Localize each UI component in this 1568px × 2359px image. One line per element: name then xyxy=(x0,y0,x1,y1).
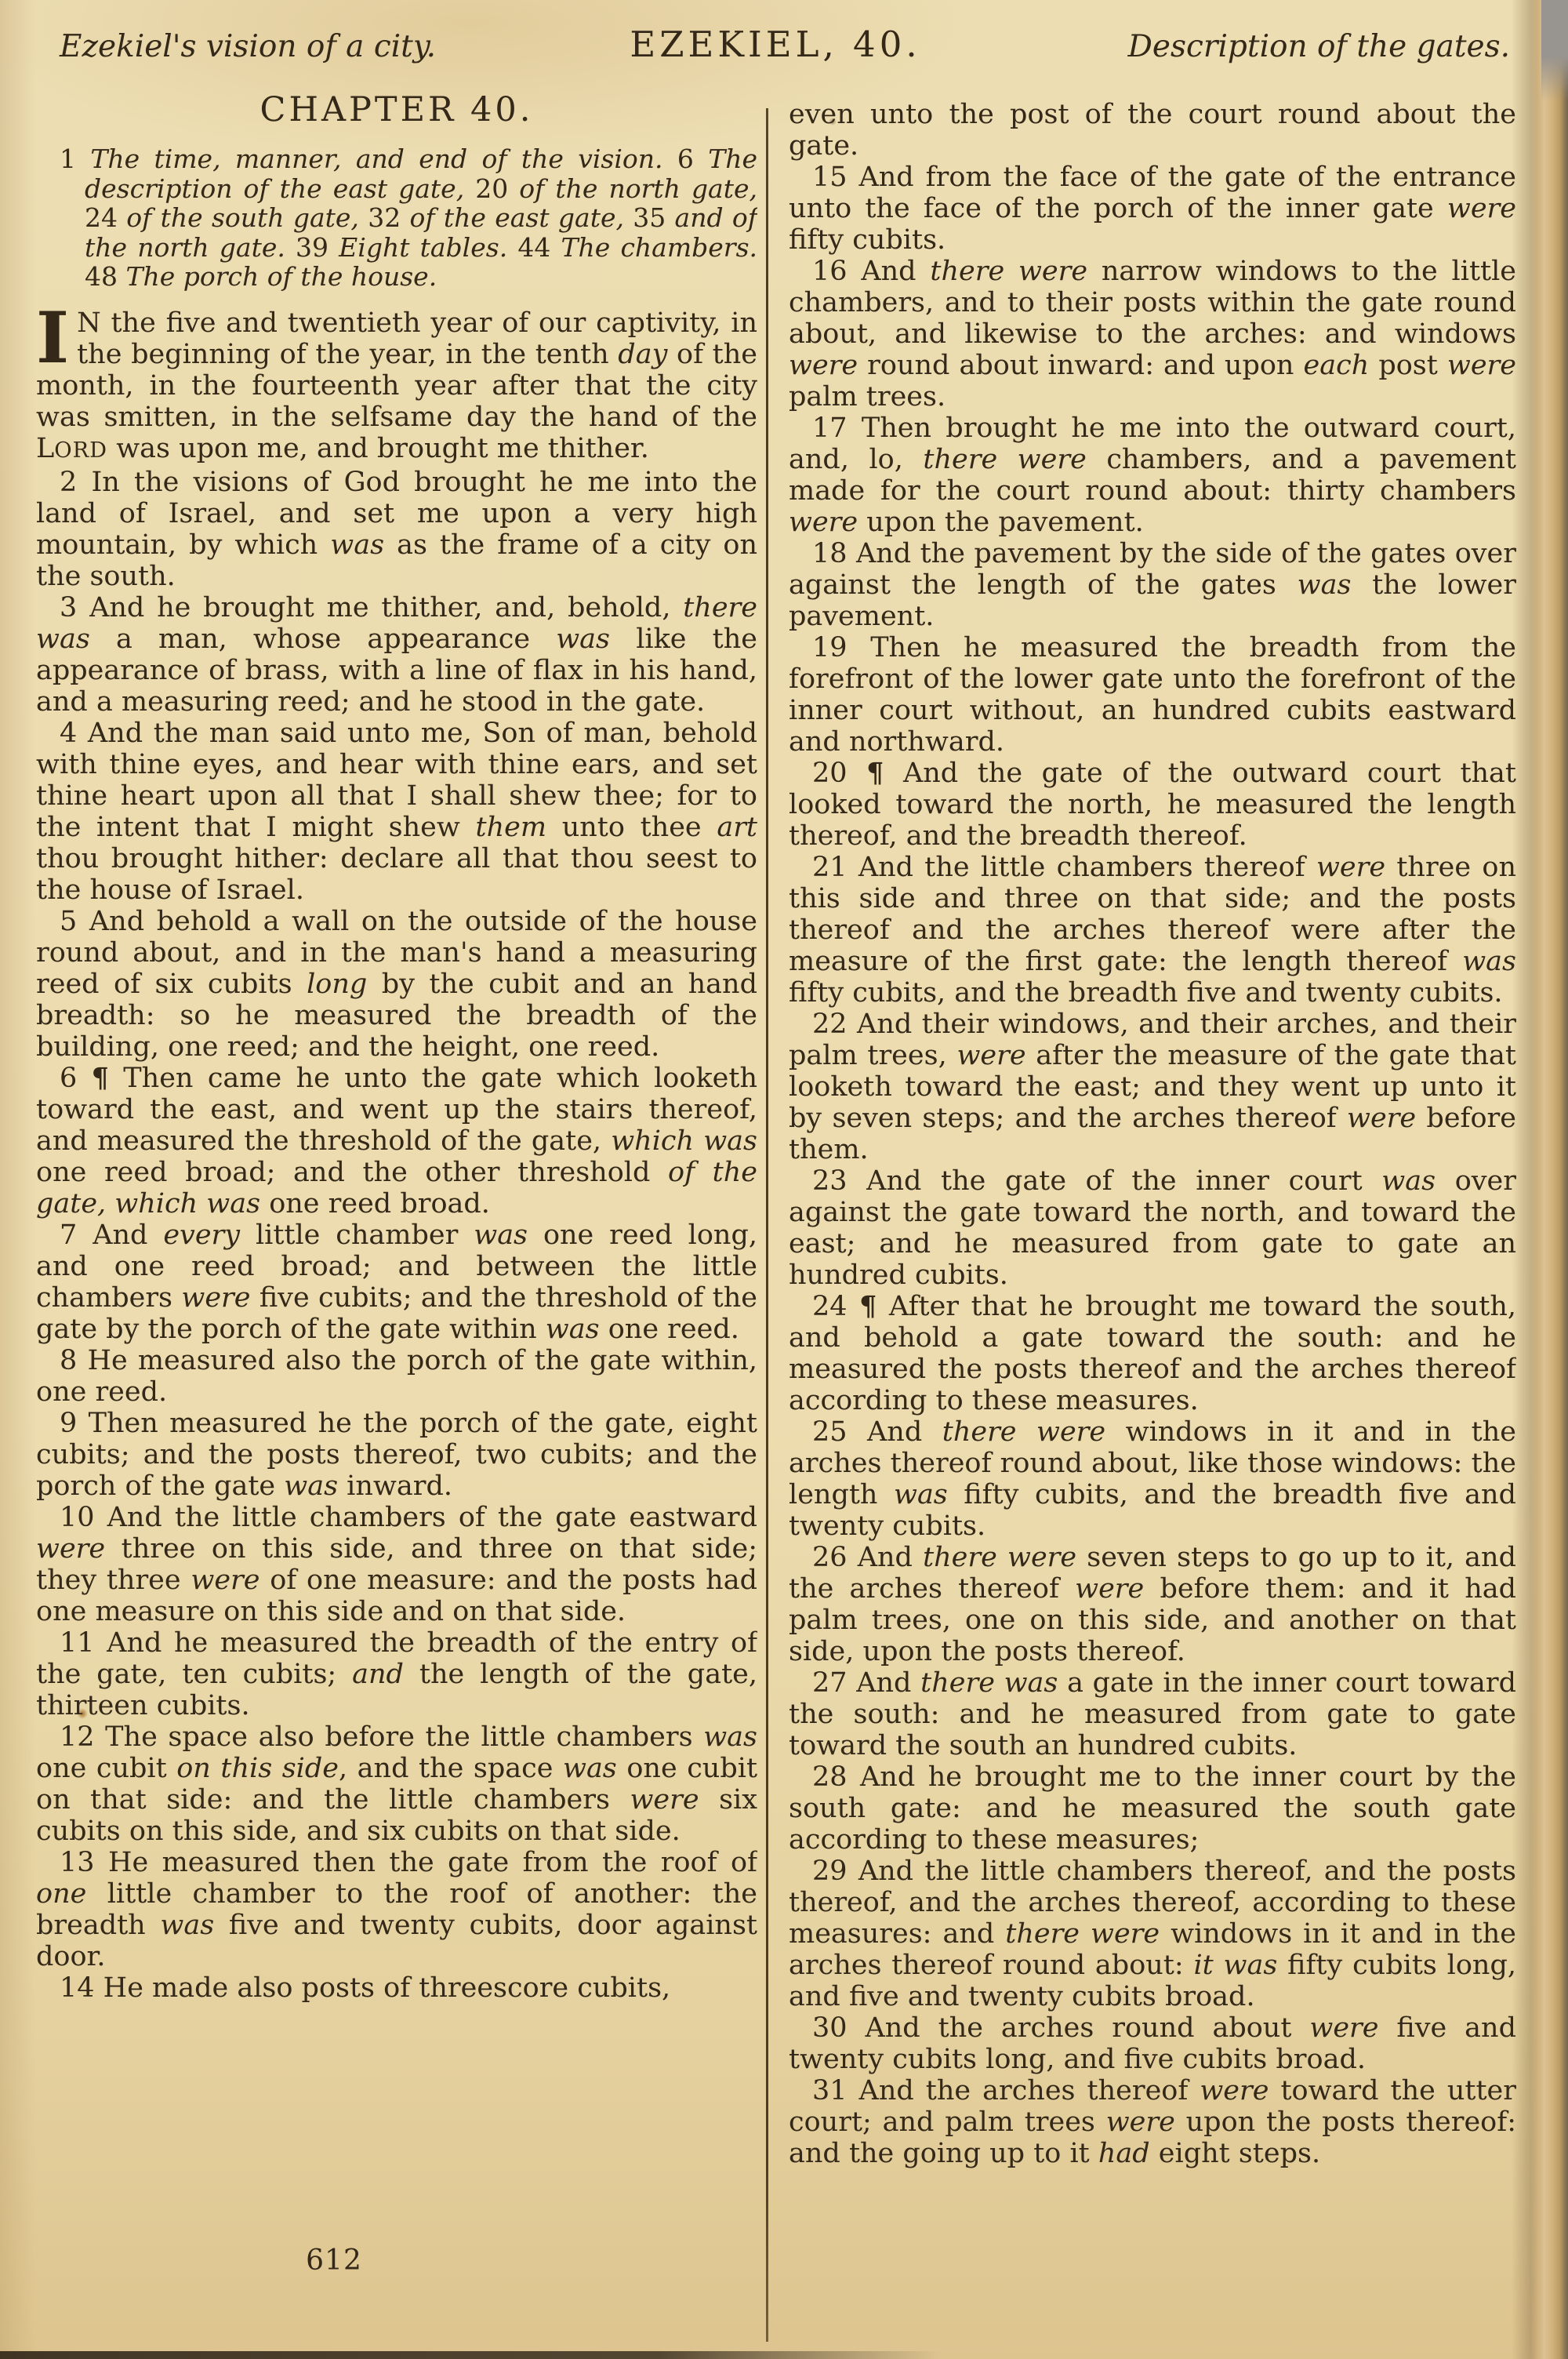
verse-31: 31 And the arches thereof were toward th… xyxy=(789,2075,1516,2169)
verse-number: 24 xyxy=(812,1291,848,1322)
column-divider xyxy=(766,108,768,2342)
chapter-heading: CHAPTER 40. xyxy=(36,91,757,129)
running-head-center: EZEKIEL, 40. xyxy=(630,24,920,65)
page-number: 612 xyxy=(36,2245,632,2277)
verse-27: 27 And there was a gate in the inner cou… xyxy=(789,1667,1516,1761)
verse-number: 13 xyxy=(60,1847,95,1878)
verse-number: 22 xyxy=(812,1009,848,1040)
left-column-verses: IN the five and twentieth year of our ca… xyxy=(36,307,757,2004)
verse-5: 5 And behold a wall on the outside of th… xyxy=(36,906,757,1063)
verse-26: 26 And there were seven steps to go up t… xyxy=(789,1542,1516,1667)
verse-4: 4 And the man said unto me, Son of man, … xyxy=(36,718,757,906)
verse-11: 11 And he measured the breadth of the en… xyxy=(36,1627,757,1721)
verse-24: 24 ¶ After that he brought me toward the… xyxy=(789,1291,1516,1416)
verse-6: 6 ¶ Then came he unto the gate which loo… xyxy=(36,1063,757,1219)
verse-number: 25 xyxy=(812,1416,848,1448)
verse-number: 15 xyxy=(812,162,848,193)
verse-13: 13 He measured then the gate from the ro… xyxy=(36,1847,757,1972)
verse-number: 30 xyxy=(812,2012,848,2044)
verse-29: 29 And the little chambers thereof, and … xyxy=(789,1856,1516,2012)
verse-number: 18 xyxy=(812,538,848,569)
verse-19: 19 Then he measured the breadth from the… xyxy=(789,632,1516,758)
verse-number: 4 xyxy=(60,718,77,749)
verse-25: 25 And there were windows in it and in t… xyxy=(789,1416,1516,1542)
left-column: CHAPTER 40. 1 The time, manner, and end … xyxy=(36,86,757,2266)
pilcrow-mark: ¶ xyxy=(92,1062,109,1094)
verse-12: 12 The space also before the little cham… xyxy=(36,1721,757,1847)
right-column: even unto the post of the court round ab… xyxy=(789,99,1516,2354)
verse-17: 17 Then brought he me into the outward c… xyxy=(789,413,1516,538)
verse-number: 16 xyxy=(812,256,848,287)
verse-number: 12 xyxy=(60,1721,95,1753)
verse-number: 21 xyxy=(812,852,848,883)
chapter-summary: 1 The time, manner, and end of the visio… xyxy=(36,144,757,292)
verse-number: 7 xyxy=(60,1219,77,1251)
verse-number: 29 xyxy=(812,1856,848,1887)
verse-number: 27 xyxy=(812,1667,848,1699)
verse-number: 8 xyxy=(60,1345,77,1376)
verse-2: 2 In the visions of God brought he me in… xyxy=(36,467,757,592)
running-head-left: Ezekiel's vision of a city. xyxy=(38,29,630,64)
verse-14: 14 He made also posts of threescore cubi… xyxy=(36,1972,757,2004)
bottom-edge-shadow xyxy=(0,2351,941,2359)
verse-9: 9 Then measured he the porch of the gate… xyxy=(36,1408,757,1502)
verse-10: 10 And the little chambers of the gate e… xyxy=(36,1502,757,1627)
verse-20: 20 ¶ And the gate of the outward court t… xyxy=(789,758,1516,852)
verse-number: 9 xyxy=(60,1408,77,1439)
running-head: Ezekiel's vision of a city. EZEKIEL, 40.… xyxy=(38,24,1513,65)
verse-number: 11 xyxy=(60,1627,95,1659)
verse-number: 26 xyxy=(812,1542,848,1573)
verse-number: 2 xyxy=(60,467,77,498)
left-edge-shadow xyxy=(0,0,36,2359)
verse-number: 10 xyxy=(60,1502,95,1533)
verse-8: 8 He measured also the porch of the gate… xyxy=(36,1345,757,1408)
verse-15: 15 And from the face of the gate of the … xyxy=(789,162,1516,256)
pilcrow-mark: ¶ xyxy=(866,757,884,789)
verse-number: 31 xyxy=(812,2075,848,2106)
verse-28: 28 And he brought me to the inner court … xyxy=(789,1761,1516,1856)
verse-21: 21 And the little chambers thereof were … xyxy=(789,852,1516,1009)
verse-number: 3 xyxy=(60,592,77,623)
verse-number: 19 xyxy=(812,632,848,663)
verse-30: 30 And the arches round about were five … xyxy=(789,2012,1516,2075)
verse-number: 5 xyxy=(60,906,77,937)
bible-page: Ezekiel's vision of a city. EZEKIEL, 40.… xyxy=(0,0,1568,2359)
verse-22: 22 And their windows, and their arches, … xyxy=(789,1009,1516,1165)
verse-16: 16 And there were narrow windows to the … xyxy=(789,256,1516,413)
verse-number: 20 xyxy=(812,758,848,789)
verse-number: 28 xyxy=(812,1761,848,1793)
verse-1: IN the five and twentieth year of our ca… xyxy=(36,307,757,467)
background-corner xyxy=(1541,0,1568,102)
verse-3: 3 And he brought me thither, and, behold… xyxy=(36,592,757,718)
verse-18: 18 And the pavement by the side of the g… xyxy=(789,538,1516,632)
verse-number: 14 xyxy=(60,1972,95,2004)
right-column-verses: even unto the post of the court round ab… xyxy=(789,99,1516,2169)
running-head-right: Description of the gates. xyxy=(921,29,1513,64)
verse-number: 23 xyxy=(812,1165,848,1197)
verse-number: 17 xyxy=(812,413,848,444)
verse-7: 7 And every little chamber was one reed … xyxy=(36,1219,757,1345)
verse-23: 23 And the gate of the inner court was o… xyxy=(789,1165,1516,1291)
drop-cap: I xyxy=(36,307,77,367)
verse-continuation: even unto the post of the court round ab… xyxy=(789,99,1516,162)
page-curl-edge xyxy=(1512,0,1568,2359)
pilcrow-mark: ¶ xyxy=(859,1290,877,1322)
verse-number: 6 xyxy=(60,1063,77,1094)
